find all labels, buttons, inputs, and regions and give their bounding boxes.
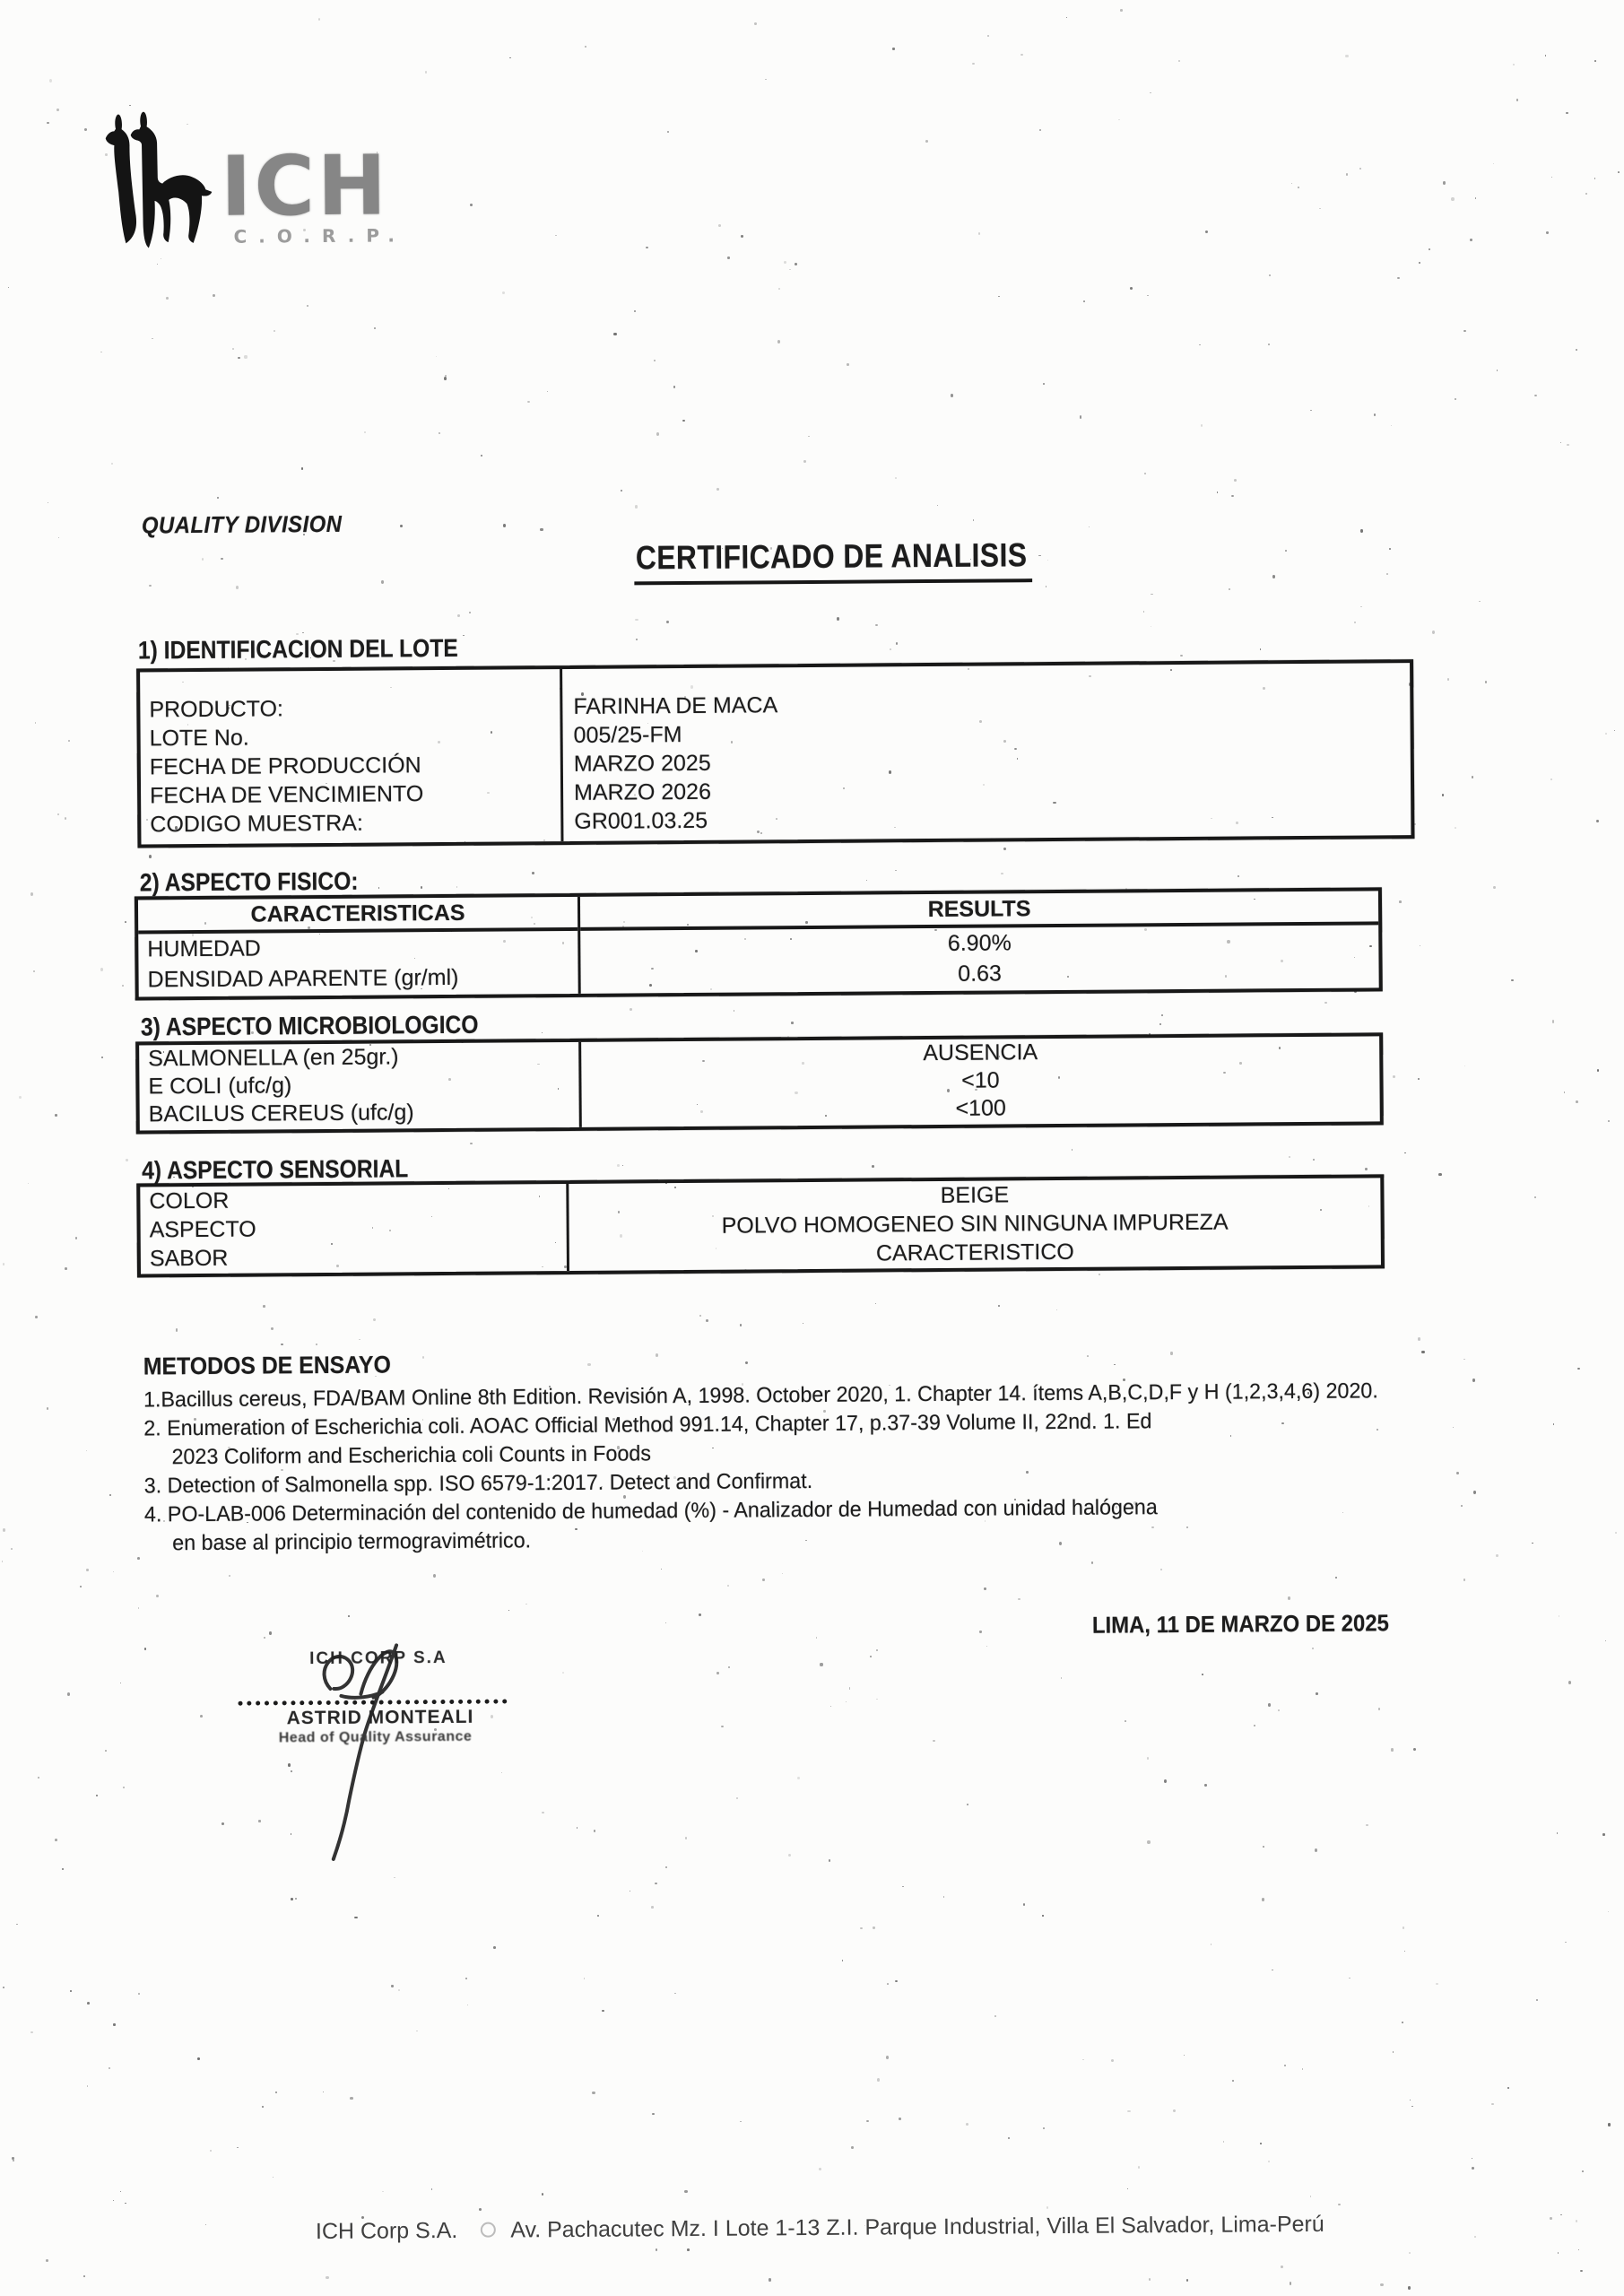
signature-dotted-line bbox=[238, 1687, 507, 1706]
document-title: CERTIFICADO DE ANALISIS bbox=[634, 536, 1032, 585]
row-label: DENSIDAD APARENTE (gr/ml) bbox=[138, 961, 578, 996]
handwritten-signature bbox=[255, 1639, 552, 1874]
table-lote: PRODUCTO: LOTE No. FECHA DE PRODUCCIÓN F… bbox=[136, 659, 1414, 848]
section-heading-lote: 1) IDENTIFICACION DEL LOTE bbox=[138, 634, 458, 665]
methods-list: 1.Bacillus cereus, FDA/BAM Online 8th Ed… bbox=[143, 1376, 1489, 1558]
row-label: FECHA DE VENCIMIENTO bbox=[141, 778, 560, 810]
footer-address-line: ICH Corp S.A.Av. Pachacutec Mz. I Lote 1… bbox=[8, 2209, 1624, 2247]
document-content: ICH C.O.R.P. QUALITY DIVISION CERTIFICAD… bbox=[0, 0, 1624, 2296]
table-lote-values: FARINHA DE MACA 005/25-FM MARZO 2025 MAR… bbox=[562, 663, 1411, 841]
row-label: SALMONELLA (en 25gr.) bbox=[139, 1042, 578, 1074]
row-value: GR001.03.25 bbox=[563, 801, 1411, 836]
signer-name: ASTRID MONTEALI bbox=[287, 1707, 474, 1730]
row-label: PRODUCTO: bbox=[140, 692, 560, 724]
row-label: SABOR bbox=[141, 1241, 567, 1273]
row-label: LOTE No. bbox=[141, 721, 560, 752]
section-heading-fisico: 2) ASPECTO FISICO: bbox=[140, 867, 359, 898]
signer-role: Head of Quality Assurance bbox=[279, 1729, 473, 1747]
table-fisico-values: RESULTS 6.90% 0.63 bbox=[580, 891, 1379, 994]
table-fisico-labels: CARACTERISTICAS HUMEDAD DENSIDAD APARENT… bbox=[138, 897, 581, 997]
footer-company: ICH Corp S.A. bbox=[316, 2218, 458, 2244]
section-heading-sensorial: 4) ASPECTO SENSORIAL bbox=[142, 1154, 408, 1185]
table-sensorial-values: BEIGE POLVO HOMOGENEO SIN NINGUNA IMPURE… bbox=[569, 1178, 1381, 1271]
row-label: E COLI (ufc/g) bbox=[139, 1070, 578, 1101]
location-icon bbox=[481, 2222, 496, 2238]
table-sensorial-labels: COLOR ASPECTO SABOR bbox=[140, 1184, 569, 1274]
two-llamas-icon bbox=[92, 109, 219, 257]
row-value: 0.63 bbox=[580, 955, 1378, 992]
table-fisico: CARACTERISTICAS HUMEDAD DENSIDAD APARENT… bbox=[135, 887, 1383, 1000]
row-value: CARACTERISTICO bbox=[569, 1235, 1381, 1270]
row-label: HUMEDAD bbox=[138, 931, 578, 965]
document-title-wrap: CERTIFICADO DE ANALISIS bbox=[634, 536, 1097, 586]
row-label: BACILUS CEREUS (ufc/g) bbox=[140, 1098, 579, 1129]
scanned-certificate-page: ICH C.O.R.P. QUALITY DIVISION CERTIFICAD… bbox=[0, 0, 1624, 2296]
section-heading-micro: 3) ASPECTO MICROBIOLOGICO bbox=[141, 1011, 479, 1042]
table-micro: SALMONELLA (en 25gr.) E COLI (ufc/g) BAC… bbox=[135, 1032, 1384, 1134]
column-header: RESULTS bbox=[580, 891, 1378, 931]
row-value: <100 bbox=[582, 1091, 1380, 1126]
logo-corp-subtext: C.O.R.P. bbox=[233, 224, 406, 247]
quality-division-label: QUALITY DIVISION bbox=[142, 510, 343, 540]
table-micro-labels: SALMONELLA (en 25gr.) E COLI (ufc/g) BAC… bbox=[139, 1042, 582, 1131]
table-sensorial: COLOR ASPECTO SABOR BEIGE POLVO HOMOGENE… bbox=[136, 1174, 1385, 1277]
row-label: CODIGO MUESTRA: bbox=[141, 807, 560, 839]
table-micro-values: AUSENCIA <10 <100 bbox=[581, 1036, 1380, 1127]
logo-wordmark: ICH bbox=[221, 143, 389, 230]
methods-heading: METODOS DE ENSAYO bbox=[143, 1351, 391, 1380]
date-line: LIMA, 11 DE MARZO DE 2025 bbox=[1092, 1609, 1389, 1639]
column-header: CARACTERISTICAS bbox=[138, 897, 578, 935]
row-label: ASPECTO bbox=[141, 1213, 567, 1244]
table-lote-labels: PRODUCTO: LOTE No. FECHA DE PRODUCCIÓN F… bbox=[140, 669, 563, 844]
row-label: FECHA DE PRODUCCIÓN bbox=[141, 750, 560, 781]
footer-address: Av. Pachacutec Mz. I Lote 1-13 Z.I. Parq… bbox=[510, 2212, 1324, 2243]
row-label: COLOR bbox=[140, 1184, 566, 1215]
